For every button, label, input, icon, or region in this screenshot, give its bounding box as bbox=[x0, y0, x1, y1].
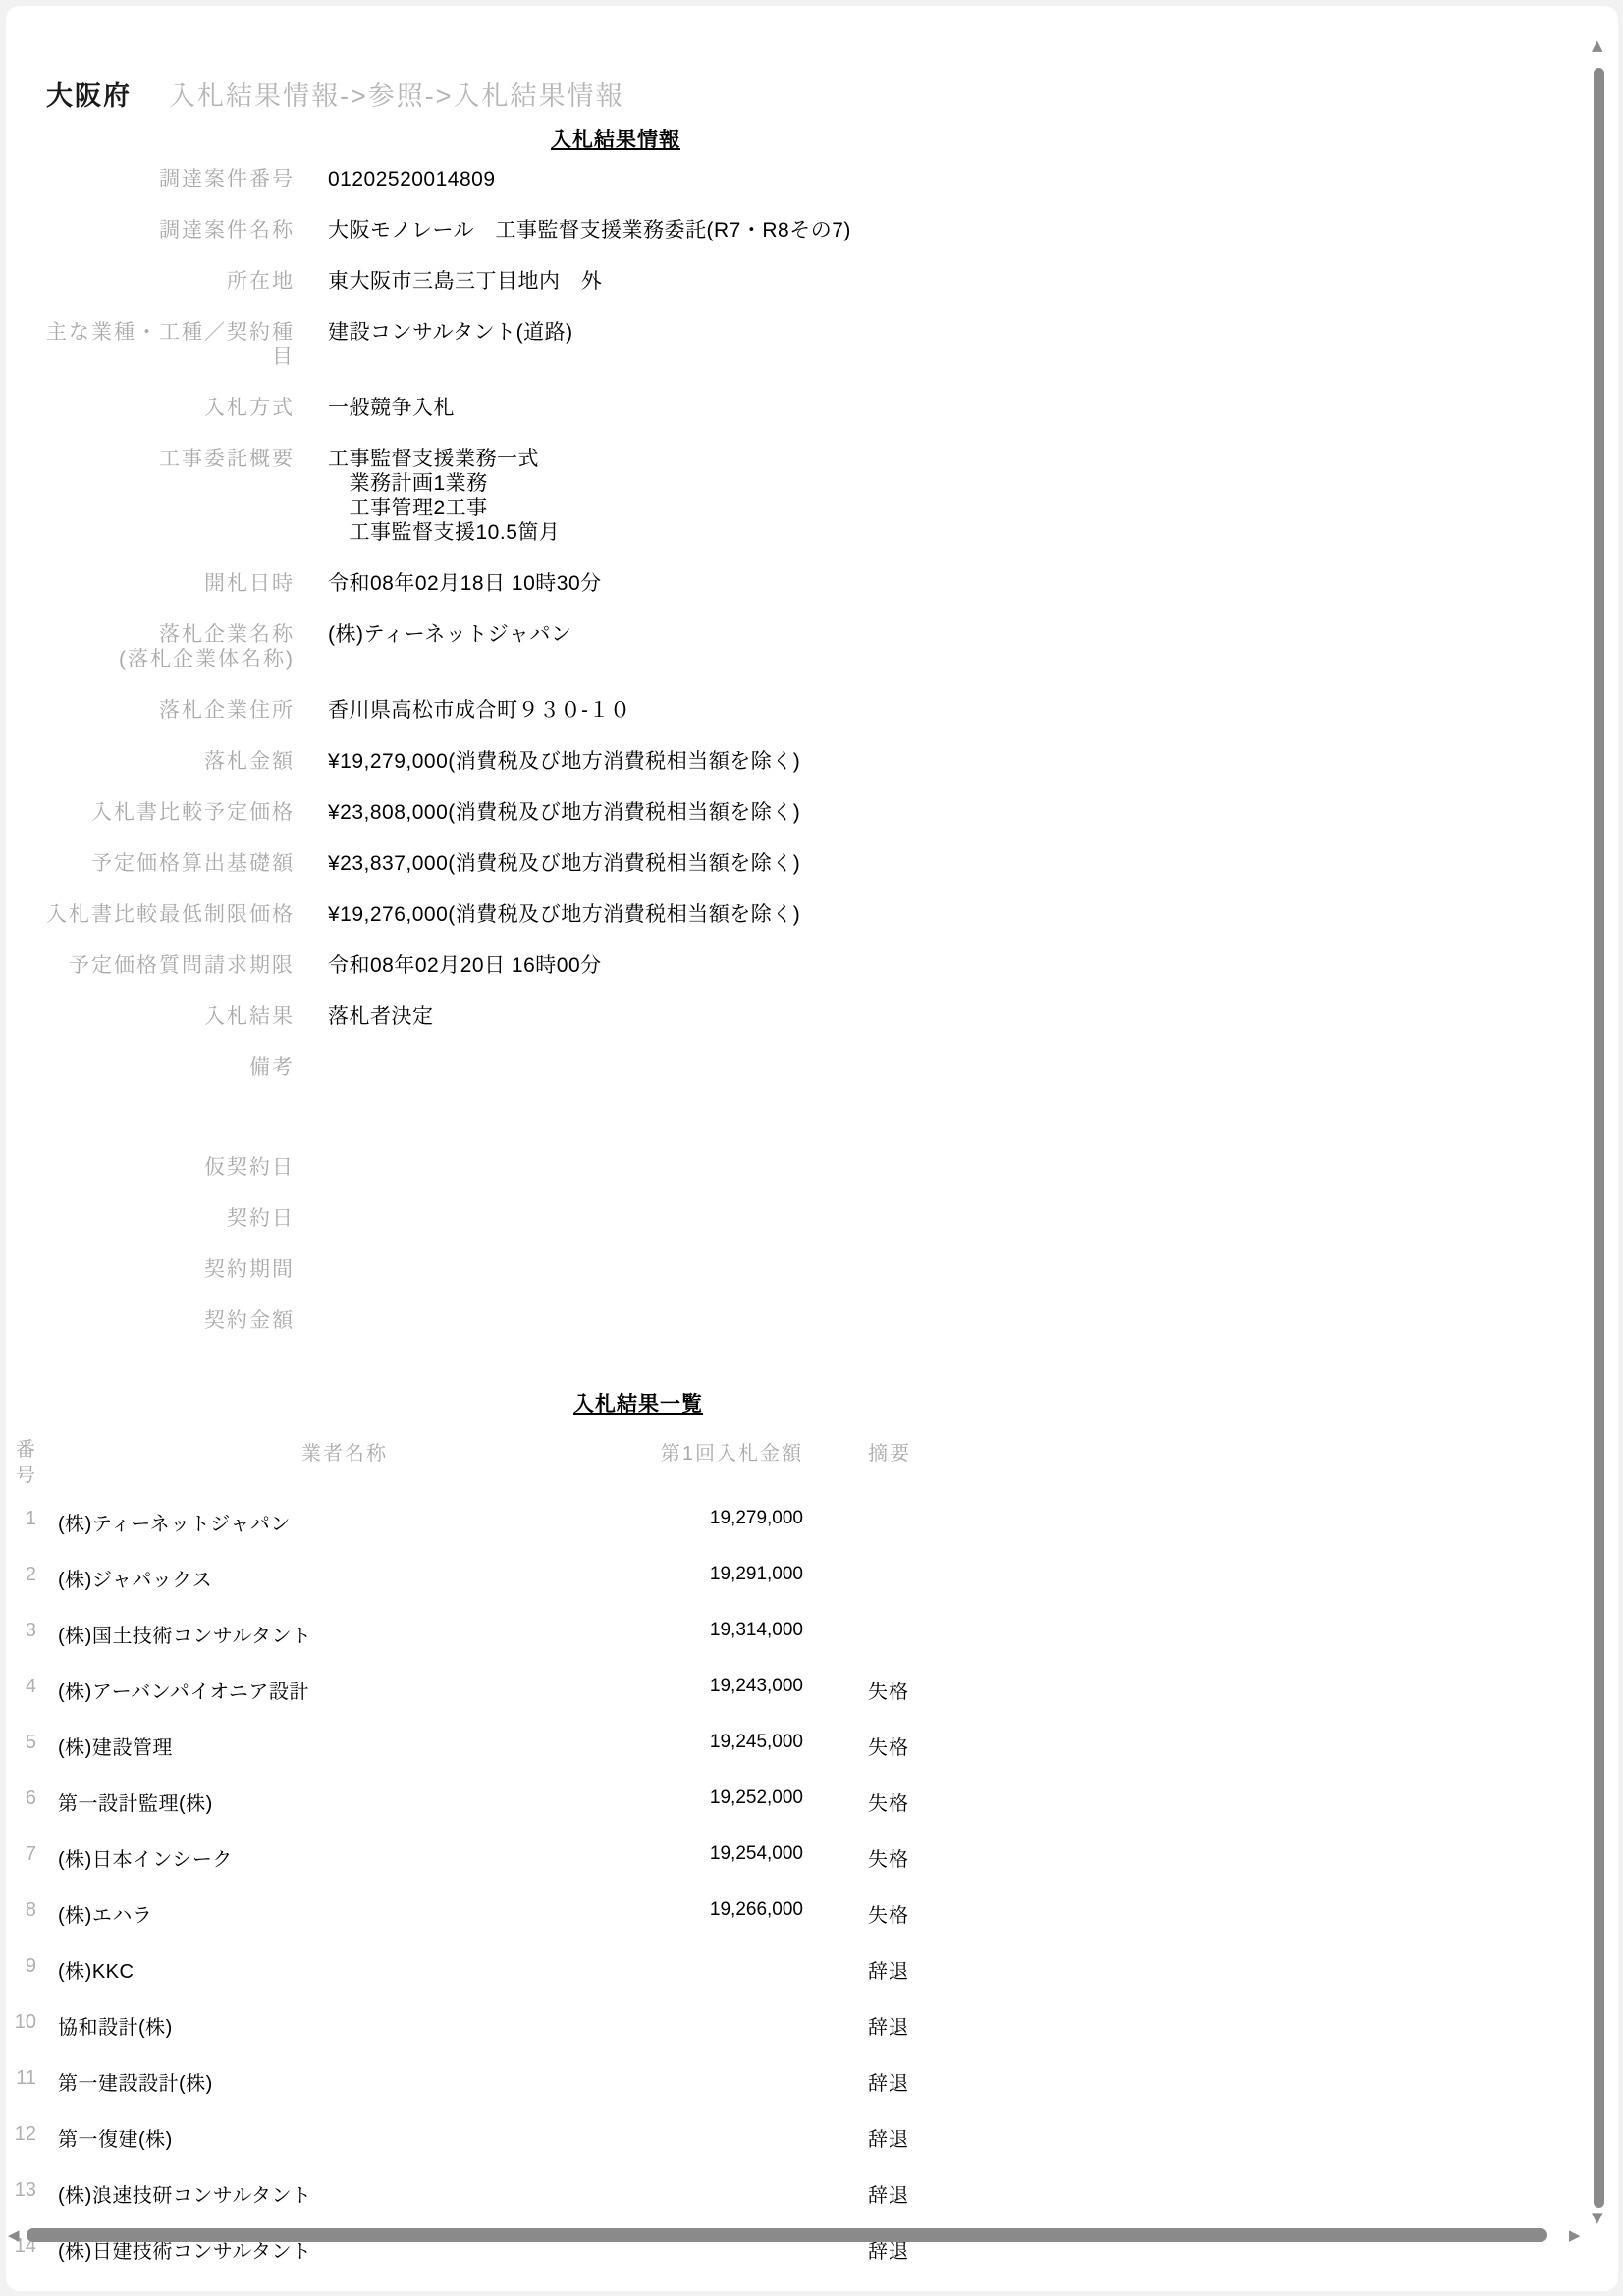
field-value: ¥19,276,000(消費税及び地方消費税相当額を除く) bbox=[328, 902, 800, 927]
field-label: 開札日時 bbox=[46, 571, 295, 596]
detail-field-row: 主な業種・工種／契約種目 建設コンサルタント(道路) bbox=[46, 320, 1185, 369]
detail-field-row: 落札金額 ¥19,279,000(消費税及び地方消費税相当額を除く) bbox=[46, 749, 1185, 774]
field-value: 工事監督支援業務一式 業務計画1業務 工事管理2工事 工事監督支援10.5箇月 bbox=[328, 447, 560, 545]
row-number: 2 bbox=[13, 1564, 36, 1586]
field-label: 所在地 bbox=[46, 269, 295, 294]
bid-amount: 19,279,000 bbox=[509, 1508, 803, 1529]
row-number: 13 bbox=[13, 2179, 36, 2202]
row-number: 12 bbox=[13, 2123, 36, 2146]
detail-field-row: 入札書比較予定価格 ¥23,808,000(消費税及び地方消費税相当額を除く) bbox=[46, 800, 1185, 825]
bid-note: 失格 bbox=[868, 1843, 909, 1872]
bid-amount: 19,291,000 bbox=[509, 1564, 803, 1585]
breadcrumb: 入札結果情報->参照->入札結果情報 bbox=[169, 75, 624, 113]
bid-note: 辞退 bbox=[868, 1955, 909, 1984]
column-header-amount: 第1回入札金額 bbox=[509, 1437, 803, 1466]
field-label: 契約金額 bbox=[46, 1308, 295, 1333]
field-value: 東大阪市三島三丁目地内 外 bbox=[328, 269, 603, 294]
bid-note: 辞退 bbox=[868, 2067, 909, 2096]
field-label: 主な業種・工種／契約種目 bbox=[46, 320, 295, 369]
field-label: 落札企業名称 (落札企業体名称) bbox=[46, 622, 295, 671]
field-label: 備考 bbox=[46, 1055, 295, 1080]
field-value: 落札者決定 bbox=[328, 1004, 434, 1029]
table-row: 1 (株)ティーネットジャパン 19,279,000 bbox=[13, 1508, 1230, 1530]
field-value: 一般競争入札 bbox=[328, 396, 455, 420]
field-label: 落札企業住所 bbox=[46, 698, 295, 722]
bidder-name: (株)エハラ bbox=[58, 1899, 152, 1928]
field-value: 大阪モノレール 工事監督支援業務委託(R7・R8その7) bbox=[328, 218, 851, 242]
row-number: 6 bbox=[13, 1788, 36, 1810]
field-value: 01202520014809 bbox=[328, 167, 496, 191]
field-label: 入札方式 bbox=[46, 396, 295, 420]
field-label: 落札金額 bbox=[46, 749, 295, 774]
column-header-no: 番号 bbox=[13, 1437, 40, 1488]
detail-section-title: 入札結果情報 bbox=[46, 124, 1185, 153]
horizontal-scrollbar-thumb[interactable] bbox=[27, 2228, 1547, 2242]
bid-amount: 19,243,000 bbox=[509, 1676, 803, 1697]
field-label: 予定価格算出基礎額 bbox=[46, 851, 295, 876]
table-row: 8 (株)エハラ 19,266,000 失格 bbox=[13, 1899, 1230, 1922]
bidder-name: (株)建設管理 bbox=[58, 1732, 173, 1760]
detail-field-row: 調達案件番号 01202520014809 bbox=[46, 167, 1185, 191]
bid-note: 失格 bbox=[868, 1732, 909, 1760]
bid-amount: 19,254,000 bbox=[509, 1843, 803, 1865]
field-value: (株)ティーネットジャパン bbox=[328, 622, 571, 671]
results-section-title: 入札結果一覧 bbox=[46, 1388, 1230, 1417]
bidder-name: (株)ティーネットジャパン bbox=[58, 1508, 291, 1536]
field-label: 調達案件番号 bbox=[46, 167, 295, 191]
detail-field-row: 契約金額 bbox=[46, 1308, 1185, 1333]
scroll-left-icon[interactable]: ◀ bbox=[8, 2228, 20, 2243]
scroll-down-icon[interactable]: ▼ bbox=[1592, 2211, 1603, 2225]
bid-amount: 19,252,000 bbox=[509, 1788, 803, 1809]
site-name: 大阪府 bbox=[46, 75, 132, 113]
detail-field-row: 入札書比較最低制限価格 ¥19,276,000(消費税及び地方消費税相当額を除く… bbox=[46, 902, 1185, 927]
table-row: 2 (株)ジャパックス 19,291,000 bbox=[13, 1564, 1230, 1586]
field-label: 仮契約日 bbox=[46, 1155, 295, 1180]
field-label: 入札結果 bbox=[46, 1004, 295, 1029]
field-label: 契約日 bbox=[46, 1206, 295, 1231]
field-label: 調達案件名称 bbox=[46, 218, 295, 242]
scroll-up-icon[interactable]: ▲ bbox=[1592, 38, 1603, 53]
field-label: 契約期間 bbox=[46, 1257, 295, 1282]
bid-note: 失格 bbox=[868, 1899, 909, 1928]
bid-amount: 19,314,000 bbox=[509, 1620, 803, 1641]
bidder-name: (株)日本インシーク bbox=[58, 1843, 233, 1872]
results-table-header: 番号 業者名称 第1回入札金額 摘要 bbox=[13, 1437, 1230, 1488]
row-number: 8 bbox=[13, 1899, 36, 1922]
bidder-name: 協和設計(株) bbox=[58, 2011, 173, 2040]
table-row: 3 (株)国土技術コンサルタント 19,314,000 bbox=[13, 1620, 1230, 1642]
detail-field-row: 入札結果 落札者決定 bbox=[46, 1004, 1185, 1029]
row-number: 11 bbox=[13, 2067, 36, 2090]
bidder-name: (株)アーバンパイオニア設計 bbox=[58, 1676, 309, 1704]
detail-field-row: 所在地 東大阪市三島三丁目地内 外 bbox=[46, 269, 1185, 294]
bid-note: 失格 bbox=[868, 1676, 909, 1704]
field-value: ¥23,837,000(消費税及び地方消費税相当額を除く) bbox=[328, 851, 800, 876]
field-label: 予定価格質問請求期限 bbox=[46, 953, 295, 978]
bid-note: 辞退 bbox=[868, 2179, 909, 2208]
bid-amount: 19,266,000 bbox=[509, 1899, 803, 1921]
detail-field-row: 仮契約日 bbox=[46, 1155, 1185, 1180]
table-row: 12 第一復建(株) 辞退 bbox=[13, 2123, 1230, 2146]
bidder-name: 第一復建(株) bbox=[58, 2123, 173, 2152]
main-content: 入札結果情報 調達案件番号 01202520014809 調達案件名称 大阪モノ… bbox=[46, 124, 1185, 2291]
bid-note: 失格 bbox=[868, 1788, 909, 1816]
detail-field-row: 工事委託概要 工事監督支援業務一式 業務計画1業務 工事管理2工事 工事監督支援… bbox=[46, 447, 1185, 545]
table-row: 4 (株)アーバンパイオニア設計 19,243,000 失格 bbox=[13, 1676, 1230, 1698]
detail-field-row: 調達案件名称 大阪モノレール 工事監督支援業務委託(R7・R8その7) bbox=[46, 218, 1185, 242]
table-row: 9 (株)KKC 辞退 bbox=[13, 1955, 1230, 1978]
table-row: 6 第一設計監理(株) 19,252,000 失格 bbox=[13, 1788, 1230, 1810]
table-row: 7 (株)日本インシーク 19,254,000 失格 bbox=[13, 1843, 1230, 1866]
detail-field-row: 予定価格質問請求期限 令和08年02月20日 16時00分 bbox=[46, 953, 1185, 978]
field-value: 令和08年02月18日 10時30分 bbox=[328, 571, 602, 596]
scroll-right-icon[interactable]: ▶ bbox=[1569, 2228, 1581, 2243]
detail-fields: 調達案件番号 01202520014809 調達案件名称 大阪モノレール 工事監… bbox=[46, 167, 1185, 1333]
bidder-name: (株)国土技術コンサルタント bbox=[58, 1620, 312, 1648]
table-row: 13 (株)浪速技研コンサルタント 辞退 bbox=[13, 2179, 1230, 2202]
detail-field-row: 備考 bbox=[46, 1055, 1185, 1080]
detail-field-row: 落札企業住所 香川県高松市成合町９３０-１０ bbox=[46, 698, 1185, 722]
field-value: ¥19,279,000(消費税及び地方消費税相当額を除く) bbox=[328, 749, 800, 774]
detail-field-row: 予定価格算出基礎額 ¥23,837,000(消費税及び地方消費税相当額を除く) bbox=[46, 851, 1185, 876]
bidder-name: (株)浪速技研コンサルタント bbox=[58, 2179, 312, 2208]
bidder-name: (株)KKC bbox=[58, 1955, 134, 1984]
field-label: 入札書比較予定価格 bbox=[46, 800, 295, 825]
table-row: 11 第一建設設計(株) 辞退 bbox=[13, 2067, 1230, 2090]
bidder-name: 第一設計監理(株) bbox=[58, 1788, 213, 1816]
row-number: 10 bbox=[13, 2011, 36, 2034]
row-number: 4 bbox=[13, 1676, 36, 1698]
bid-note: 辞退 bbox=[868, 2011, 909, 2040]
vertical-scrollbar-thumb[interactable] bbox=[1594, 68, 1604, 2208]
detail-field-row: 契約日 bbox=[46, 1206, 1185, 1231]
detail-field-row: 入札方式 一般競争入札 bbox=[46, 396, 1185, 420]
row-number: 9 bbox=[13, 1955, 36, 1978]
table-row: 5 (株)建設管理 19,245,000 失格 bbox=[13, 1732, 1230, 1754]
row-number: 1 bbox=[13, 1508, 36, 1530]
detail-field-row: 落札企業名称 (落札企業体名称) (株)ティーネットジャパン bbox=[46, 622, 1185, 671]
field-value: 建設コンサルタント(道路) bbox=[328, 320, 573, 369]
column-header-note: 摘要 bbox=[868, 1437, 911, 1466]
field-value: 令和08年02月20日 16時00分 bbox=[328, 953, 602, 978]
bidder-name: 第一建設設計(株) bbox=[58, 2067, 213, 2096]
bidder-name: (株)ジャパックス bbox=[58, 1564, 212, 1592]
bid-note: 辞退 bbox=[868, 2123, 909, 2152]
row-number: 3 bbox=[13, 1620, 36, 1642]
field-value: 香川県高松市成合町９３０-１０ bbox=[328, 698, 631, 722]
field-label: 工事委託概要 bbox=[46, 447, 295, 545]
detail-field-row: 契約期間 bbox=[46, 1257, 1185, 1282]
row-number: 5 bbox=[13, 1732, 36, 1754]
results-table-body: 1 (株)ティーネットジャパン 19,279,000 2 (株)ジャパックス 1… bbox=[13, 1508, 1230, 2258]
field-value: ¥23,808,000(消費税及び地方消費税相当額を除く) bbox=[328, 800, 800, 825]
field-label: 入札書比較最低制限価格 bbox=[46, 902, 295, 927]
results-section: 入札結果一覧 番号 業者名称 第1回入札金額 摘要 1 (株)ティーネットジャパ… bbox=[13, 1388, 1230, 2258]
page-window: 大阪府 入札結果情報->参照->入札結果情報 入札結果情報 調達案件番号 012… bbox=[6, 6, 1618, 2291]
detail-field-row: 開札日時 令和08年02月18日 10時30分 bbox=[46, 571, 1185, 596]
bid-amount: 19,245,000 bbox=[509, 1732, 803, 1753]
table-row: 10 協和設計(株) 辞退 bbox=[13, 2011, 1230, 2034]
page-header: 大阪府 入札結果情報->参照->入札結果情報 bbox=[46, 75, 624, 113]
row-number: 7 bbox=[13, 1843, 36, 1866]
